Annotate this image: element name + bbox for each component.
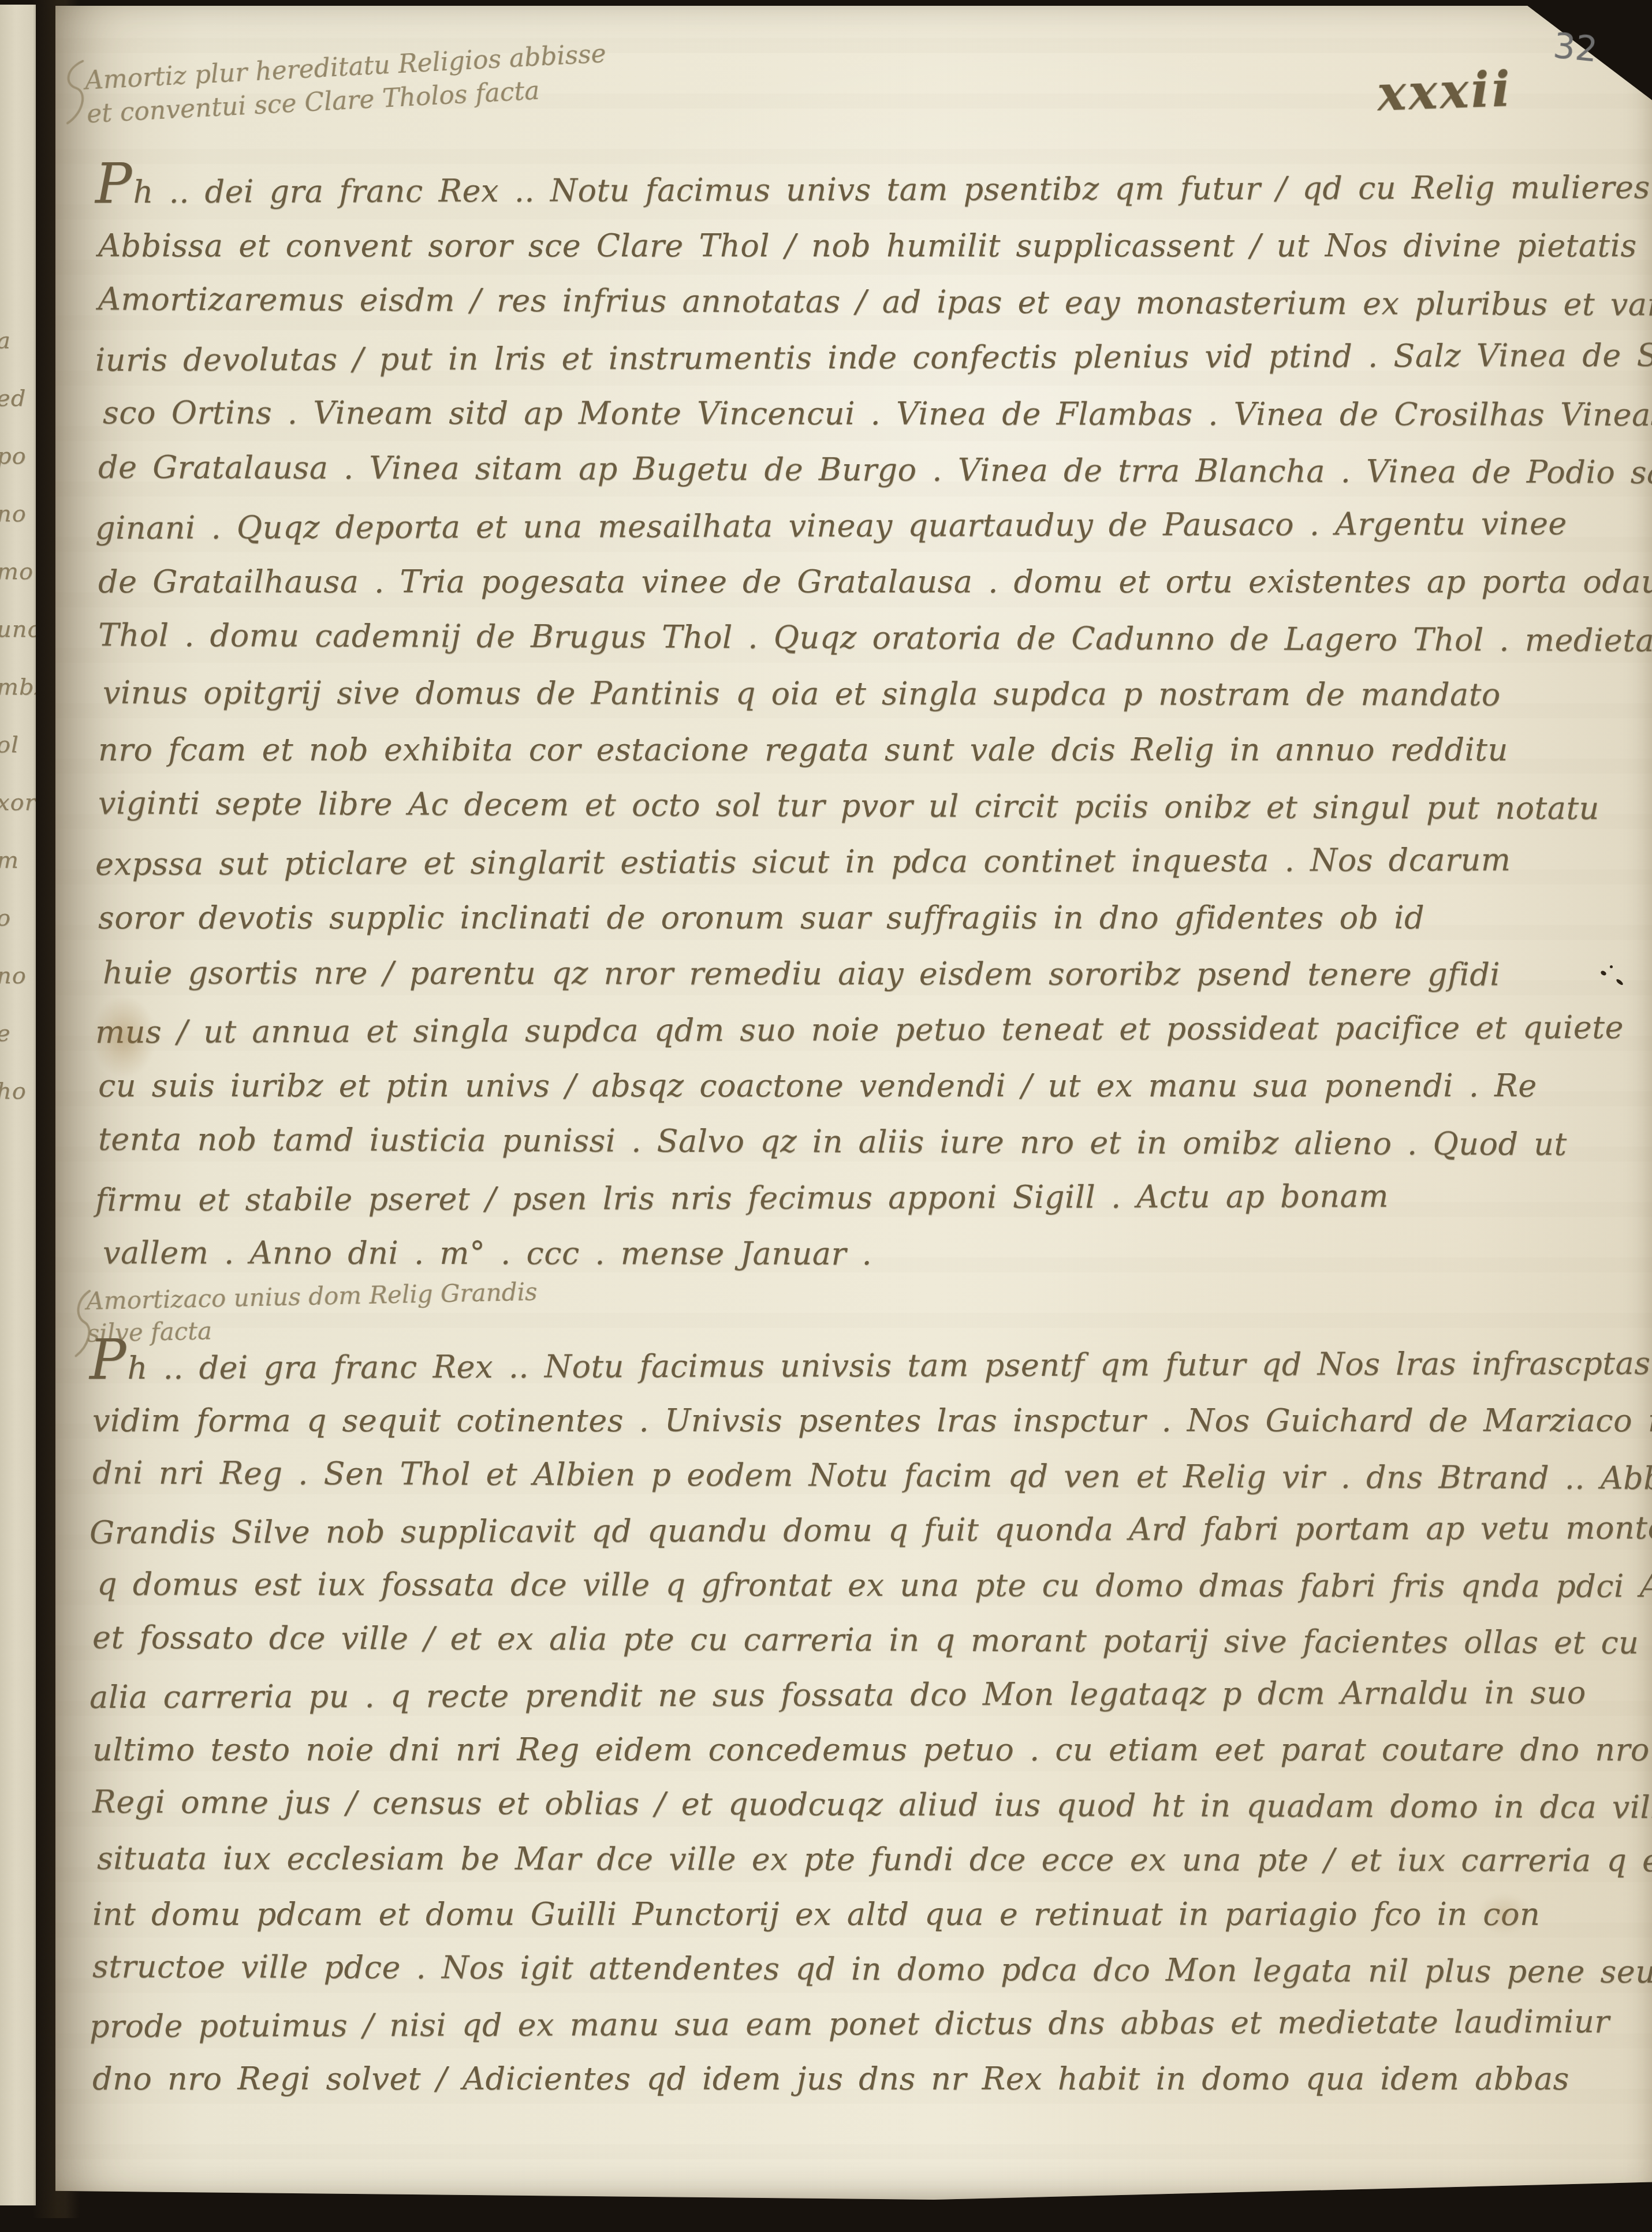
gutter-fragment: mbz [0, 674, 36, 700]
charter-1-line: ginani . Quqz deporta et una mesailhata … [95, 495, 1611, 556]
gutter-fragment: ol [0, 732, 19, 757]
charter-1-line: expssa sut pticlare et singlarit estiati… [95, 831, 1611, 892]
gutter-fragment: a [0, 328, 11, 353]
charter-2-line: Regi omne jus / census et oblias / et qu… [92, 1774, 1608, 1834]
gutter-fragment: o [0, 905, 11, 931]
charter-1-line: vallem . Anno dni . m° . ccc . mense Jan… [103, 1225, 1619, 1283]
charter-1-line: vinus opitgrij sive domus de Pantinis q … [103, 665, 1619, 723]
gutter-fragment: uno [0, 617, 36, 642]
charter-2-text: Ph .. dei gra franc Rex .. Notu facimus … [92, 1338, 1608, 2106]
charter-1-line: iuris devolutas / put in lris et instrum… [95, 327, 1611, 388]
charter-1-line: viginti septe libre Ac decem et octo sol… [98, 775, 1614, 836]
paraph-flourish-icon [57, 57, 95, 128]
charter-2-line: Grandis Silve nob supplicavit qd quandu … [90, 1501, 1605, 1560]
gutter-text-fragments: aedponomounombzolxormonoeho [0, 328, 33, 1104]
gutter-fragment: no [0, 501, 27, 527]
charter-1-line: Ph .. dei gra franc Rex .. Notu facimus … [95, 159, 1611, 220]
charter-2-line: prode potuimus / nisi qd ex manu sua eam… [90, 1994, 1605, 2054]
charter-1-line: firmu et stabile pseret / psen lris nris… [95, 1167, 1611, 1228]
charter-2-line: ultimo testo noie dni nri Reg eidem conc… [92, 1722, 1608, 1777]
gutter-fragment: no [0, 963, 27, 988]
charter-2-line: structoe ville pdce . Nos igit attendent… [92, 1939, 1608, 1999]
charter-2-line: situata iux ecclesiam be Mar dce ville e… [97, 1831, 1613, 1888]
gutter-fragment: po [0, 443, 27, 469]
charter-2-line: int domu pdcam et domu Guilli Punctorij … [92, 1887, 1608, 1942]
charter-1-line: Abbissa et convent soror sce Clare Thol … [98, 218, 1614, 274]
charter-1-line: huie gsortis nre / parentu qz nror remed… [103, 945, 1619, 1003]
charter-1-line: de Gratailhausa . Tria pogesata vinee de… [98, 554, 1614, 610]
charter-2-line: alia carreria pu . q recte prendit ne su… [90, 1665, 1605, 1725]
charter-1-line: nro fcam et nob exhibita cor estacione r… [98, 722, 1614, 778]
charter-2-line: dni nri Reg . Sen Thol et Albien p eodem… [92, 1445, 1608, 1505]
facing-page-edge: aedponomounombzolxormonoeho [0, 5, 36, 2205]
charter-1-line: de Gratalausa . Vinea sitam ap Bugetu de… [98, 439, 1614, 500]
charter-1-line: soror devotis supplic inclinati de oronu… [98, 890, 1614, 946]
gutter-fragment: mo [0, 559, 33, 584]
gutter-fragment: xor [0, 790, 36, 815]
gutter-fragment: ed [0, 386, 26, 411]
manuscript-photo: aedponomounombzolxormonoeho xxxii 32 Amo… [0, 0, 1652, 2232]
charter-1-line: mus / ut annua et singla supdca qdm suo … [95, 999, 1611, 1060]
parchment-stain [92, 996, 156, 1077]
parchment-stain-small [1478, 1894, 1530, 1934]
charter-1-line: cu suis iuribz et ptin univs / absqz coa… [98, 1058, 1614, 1114]
charter-2-line: q domus est iux fossata dce ville q gfro… [97, 1557, 1613, 1614]
charter-1-line: sco Ortins . Vineam sitd ap Monte Vincen… [103, 385, 1619, 443]
charter-1-line: Amortizaremus eisdm / res infrius annota… [98, 271, 1614, 332]
gutter-fragment: ho [0, 1078, 27, 1104]
gutter-fragment: m [0, 848, 19, 873]
charter-2-line: Ph .. dei gra franc Rex .. Notu facimus … [90, 1336, 1605, 1395]
folio-number-roman: xxxii [1376, 60, 1513, 122]
charter-1-text: Ph .. dei gra franc Rex .. Notu facimus … [98, 162, 1614, 1282]
charter-1-line: Thol . domu cademnij de Brugus Thol . Qu… [98, 607, 1614, 668]
ink-speck [1610, 965, 1613, 968]
charter-2-line: dno nro Regi solvet / Adicientes qd idem… [92, 2051, 1608, 2106]
gutter-fragment: e [0, 1021, 11, 1046]
charter-2-line: vidim forma q sequit cotinentes . Univsi… [92, 1393, 1608, 1448]
charter-2-line: et fossato dce ville / et ex alia pte cu… [92, 1610, 1608, 1670]
folio-number-pencil: 32 [1552, 25, 1599, 70]
charter-1-line: tenta nob tamd iusticia punissi . Salvo … [98, 1111, 1614, 1172]
